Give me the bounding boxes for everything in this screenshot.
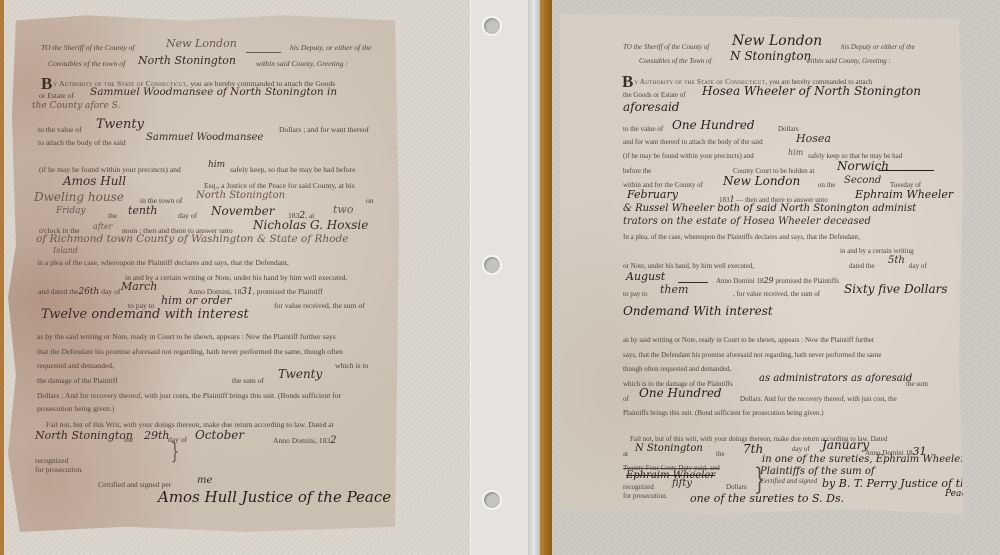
printed-text: Anno Domini 1829 promised the Plaintiffs: [716, 276, 839, 285]
printed-text: in and by a certain writing: [840, 247, 914, 255]
printed-text: recognized: [35, 456, 68, 465]
printed-text: the sum of: [232, 376, 264, 385]
handwritten-surety: one of the sureties to S. Ds.: [690, 492, 844, 505]
printed-text: before the: [623, 167, 651, 175]
handwritten-court-week: Second: [844, 175, 881, 186]
printed-text: , for value received, the sum of: [733, 290, 820, 298]
printed-text: and for want thereof to attach the body …: [623, 138, 763, 146]
printed-text: the: [716, 450, 725, 458]
handwritten-sum-cont: Ondemand With interest: [623, 304, 773, 318]
writ-document-right: TO the Sheriff of the County of New Lond…: [560, 14, 963, 514]
handwritten-recog-note2: Plaintiffs of the sum of: [760, 466, 875, 477]
printed-text: of: [623, 395, 629, 403]
handwritten-court-county: New London: [723, 174, 800, 188]
handwritten-justice: Amos Hull: [63, 174, 126, 188]
printed-text: his Deputy or either of the: [841, 43, 915, 51]
handwritten-damage-note: as administrators as aforesaid: [759, 373, 912, 384]
printed-text: the: [108, 211, 117, 220]
printed-text: Fail not, but of this Writ, with your do…: [46, 420, 334, 429]
handwritten-plaintiff-cont2: trators on the estate of Hosea Wheeler d…: [623, 216, 871, 227]
printed-text: to pay to: [623, 290, 648, 298]
binder-hole-icon: [482, 490, 502, 510]
handwritten-body-name: Sammuel Woodmansee: [146, 132, 263, 143]
binder-rail: [528, 0, 540, 555]
printed-text: to attach the body of the said: [38, 138, 126, 147]
printed-text: his Deputy, or either of the: [290, 43, 371, 52]
binder-edge: [0, 0, 4, 555]
handwritten-hour: two: [333, 203, 353, 216]
printed-text: TO the Sheriff of the County of: [623, 43, 709, 51]
printed-text: as by the said writing or Note, ready in…: [37, 332, 336, 341]
printed-text: or Note, under his hand, by him well exe…: [623, 262, 754, 270]
printed-text: Plaintiffs brings this suit. (Bond suffi…: [623, 409, 824, 417]
printed-text: for prosecution.: [35, 465, 83, 474]
printed-text: prosecution being given.): [37, 404, 114, 413]
printed-text: the: [124, 435, 133, 444]
printed-text: day of: [792, 445, 810, 453]
printed-text: which is to: [335, 361, 368, 370]
handwritten-dated-month: January: [822, 438, 869, 452]
printed-text: on the: [818, 181, 835, 189]
printed-text: Dollars ; And for recovery thereof, with…: [37, 391, 341, 400]
handwritten-body-name: Hosea: [796, 132, 831, 145]
printed-text: or Estate of: [39, 91, 74, 100]
printed-text: within said County, Greeting :: [256, 59, 348, 68]
printed-text: day of: [178, 211, 197, 220]
printed-text: to the value of: [623, 125, 663, 133]
writ-document-left: TO the Sheriff of the County of New Lond…: [8, 10, 403, 532]
handwritten-value: One Hundred: [672, 118, 755, 132]
handwritten-plaintiff: Nicholas G. Hoxsie: [253, 218, 368, 232]
printed-text: dated the: [849, 262, 874, 270]
handwritten-hearing-town: North Stonington: [196, 190, 285, 201]
printed-text: though often requested and demanded,: [623, 365, 731, 373]
handwritten-debtor: Sammuel Woodmansee of North Stonington i…: [90, 86, 337, 98]
printed-text: in a plea of the case, whereupon the Pla…: [37, 258, 289, 267]
printed-text: that the Defendant his promise aforesaid…: [37, 347, 343, 356]
printed-text: to the value of: [38, 125, 82, 134]
handwritten-noon: after: [93, 222, 113, 231]
printed-text: Dollars: [726, 483, 747, 491]
printed-text: Constables of the town of: [48, 59, 125, 68]
printed-text: in and by a certain writing or Note, und…: [125, 273, 347, 282]
handwritten-county: New London: [166, 37, 237, 50]
blank-line: [246, 52, 281, 53]
printed-text: at: [623, 450, 628, 458]
printed-text: Dollars. And for the recovery thereof, w…: [740, 395, 897, 403]
binder-hole-icon: [482, 255, 502, 275]
handwritten-dated-day: 7th: [743, 442, 763, 456]
handwritten-him: him: [208, 160, 225, 170]
printed-text: for prosecution.: [623, 492, 667, 500]
printed-text: TO the Sheriff of the County of: [41, 43, 135, 52]
handwritten-sum: Twelve ondemand with interest: [41, 307, 249, 322]
printed-text: Constables of the Town of: [639, 57, 711, 65]
printed-text: In a plea, of the case, whereupon the Pl…: [623, 233, 860, 241]
handwritten-debtor-cont: aforesaid: [623, 100, 680, 114]
handwritten-day: tenth: [128, 204, 158, 217]
brace-icon: }: [171, 440, 179, 465]
handwritten-note-month: August: [626, 270, 665, 283]
printed-text: (if he may be found within your precinct…: [623, 152, 754, 160]
signature: Amos Hull Justice of the Peace: [158, 488, 391, 506]
handwritten-damage-sum: Twenty: [278, 367, 322, 381]
handwritten-note-month: March: [121, 280, 157, 293]
handwritten-month: November: [211, 204, 275, 218]
printed-text: the sum: [906, 380, 928, 388]
binder-spine-strip: [470, 0, 528, 555]
handwritten-payee: them: [660, 283, 688, 296]
handwritten-recognized-by: Ephraim Wheeler: [626, 470, 715, 481]
handwritten-sum: Sixty five Dollars: [844, 282, 948, 296]
handwritten-dated-place: N Stonington: [635, 443, 703, 454]
handwritten-him: him: [788, 148, 803, 157]
printed-text: Certified and signed: [760, 477, 817, 485]
printed-text: safely keep, so that he may be had befor…: [230, 165, 355, 174]
printed-text: (if he may be found within your precinct…: [39, 165, 181, 174]
handwritten-plaintiff-cont2: Island: [53, 246, 78, 255]
printed-text: and dated the26th day of: [38, 287, 120, 297]
handwritten-payee: him or order: [161, 294, 232, 307]
printed-text: the damage of the Plaintiff: [37, 376, 118, 385]
handwritten-dated-place: North Stonington: [35, 429, 133, 442]
handwritten-plaintiff-cont: & Russel Wheeler both of said North Ston…: [623, 203, 916, 214]
handwritten-town: N Stonington: [730, 49, 811, 63]
handwritten-note-day: 5th: [888, 255, 905, 266]
handwritten-county: New London: [732, 33, 822, 49]
binder-gold-strip: [540, 0, 552, 555]
printed-text: for value received, the sum of: [274, 301, 365, 310]
handwritten-value: Twenty: [96, 117, 144, 132]
handwritten-recognized-sum: fifty: [672, 478, 692, 489]
printed-text: recognized: [623, 483, 654, 491]
printed-text: as by said writing or Note, ready in Cou…: [623, 336, 874, 344]
blank-line: [878, 170, 934, 171]
printed-text: day of: [909, 262, 927, 270]
printed-text: Anno Domini, 1832: [273, 435, 337, 446]
binder-hole-icon: [482, 16, 502, 36]
handwritten-weekday: Friday: [56, 206, 86, 216]
handwritten-court-month: February: [627, 188, 678, 201]
handwritten-town: North Stonington: [138, 54, 236, 67]
handwritten-plaintiff: Ephraim Wheeler: [855, 188, 953, 201]
handwritten-damage-sum: One Hundred: [639, 386, 722, 400]
printed-text: requested and demanded,: [37, 361, 114, 370]
handwritten-place: Dweling house: [34, 190, 124, 204]
handwritten-debtor: Hosea Wheeler of North Stonington: [702, 84, 921, 98]
handwritten-dated-month: October: [195, 428, 244, 442]
printed-text: within said County, Greeting :: [806, 57, 891, 65]
printed-text: the Goods or Estate of: [623, 91, 686, 99]
printed-text: Dollars ; and for want thereof: [279, 125, 369, 134]
handwritten-debtor-cont: the County afore S.: [32, 101, 120, 111]
handwritten-plaintiff-cont: of Richmond town County of Washington & …: [36, 233, 348, 245]
handwritten-dated-day: 29th: [144, 429, 170, 442]
printed-text: says, that the Defendant his promise afo…: [623, 351, 881, 359]
printed-text: Esq., a Justice of the Peace for said Co…: [204, 181, 355, 190]
printed-text: on: [366, 196, 374, 205]
handwritten-certifier: me: [197, 475, 212, 486]
